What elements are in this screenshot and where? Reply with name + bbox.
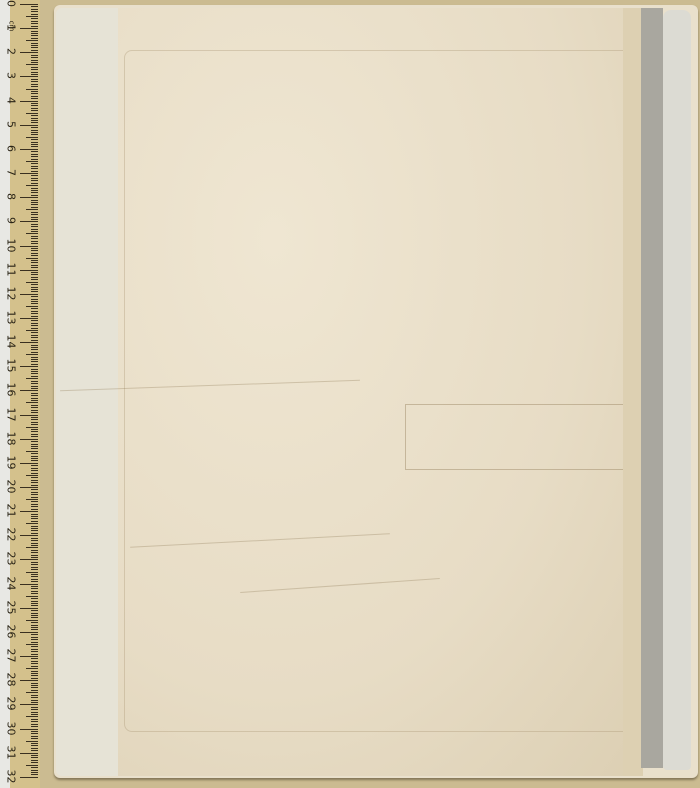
ruler-tick — [31, 649, 38, 650]
ruler-tick — [31, 195, 38, 196]
ruler-tick — [31, 593, 38, 594]
ruler-tick — [31, 320, 38, 321]
ruler-tick — [31, 171, 38, 172]
ruler-tick — [31, 105, 38, 106]
ruler-tick — [31, 480, 38, 481]
ruler-tick — [31, 299, 38, 300]
ruler-tick — [31, 398, 38, 399]
ruler-tick — [20, 511, 38, 512]
ruler-tick — [31, 79, 38, 80]
ruler-number: 6 — [5, 141, 18, 155]
ruler-tick — [31, 634, 38, 635]
ruler-tick — [31, 492, 38, 493]
ruler-tick — [20, 4, 38, 5]
ruler-tick — [31, 6, 38, 7]
ruler-tick — [31, 453, 38, 454]
ruler-tick — [31, 214, 38, 215]
ruler-tick — [26, 547, 38, 548]
ruler-number: 8 — [5, 190, 18, 204]
ruler-tick — [31, 557, 38, 558]
ruler-tick — [31, 724, 38, 725]
ruler-tick — [31, 241, 38, 242]
ruler-tick — [31, 646, 38, 647]
ruler-tick — [31, 183, 38, 184]
ruler-tick — [20, 294, 38, 295]
ruler-tick — [31, 383, 38, 384]
ruler-tick — [31, 18, 38, 19]
ruler-tick — [31, 67, 38, 68]
ruler-tick — [26, 668, 38, 669]
ruler-tick — [31, 55, 38, 56]
ruler-tick — [31, 494, 38, 495]
ruler-tick — [31, 617, 38, 618]
ruler-tick — [31, 714, 38, 715]
ruler-tick — [31, 272, 38, 273]
ruler-tick — [31, 518, 38, 519]
ruler-tick — [31, 115, 38, 116]
ruler-tick — [31, 456, 38, 457]
ruler-tick — [31, 255, 38, 256]
ruler-tick — [26, 378, 38, 379]
ruler-tick — [31, 127, 38, 128]
ruler-tick — [31, 422, 38, 423]
ruler-number: 23 — [5, 552, 18, 566]
ruler-tick — [26, 161, 38, 162]
ruler-tick — [31, 84, 38, 85]
ruler-tick — [31, 287, 38, 288]
ruler-tick — [20, 584, 38, 585]
ruler-tick — [31, 700, 38, 701]
ruler-tick — [31, 642, 38, 643]
ruler-tick — [31, 132, 38, 133]
ruler-tick — [31, 736, 38, 737]
ruler-tick — [31, 748, 38, 749]
ruler-tick — [31, 180, 38, 181]
ruler-tick — [31, 93, 38, 94]
ruler-tick — [31, 175, 38, 176]
ruler-tick — [31, 533, 38, 534]
ruler-tick — [31, 564, 38, 565]
ruler-tick — [31, 33, 38, 34]
ruler-tick — [31, 159, 38, 160]
ruler-tick — [31, 386, 38, 387]
ruler-number: 0 — [5, 0, 18, 11]
ruler-tick — [31, 610, 38, 611]
ruler-tick — [31, 144, 38, 145]
ruler-tick — [31, 388, 38, 389]
ruler-tick — [31, 21, 38, 22]
ruler-tick — [31, 613, 38, 614]
ruler-tick — [20, 197, 38, 198]
ruler-tick — [31, 376, 38, 377]
ruler-tick — [31, 526, 38, 527]
ruler-tick — [20, 149, 38, 150]
ruler-tick — [31, 521, 38, 522]
ruler-tick — [31, 465, 38, 466]
ruler-number: 25 — [5, 600, 18, 614]
ruler-tick — [31, 504, 38, 505]
ruler-tick — [31, 168, 38, 169]
ruler-tick — [31, 212, 38, 213]
ruler-tick — [31, 750, 38, 751]
ruler-tick — [31, 615, 38, 616]
ruler-tick — [20, 366, 38, 367]
ruler-tick — [26, 354, 38, 355]
ruler-tick — [31, 629, 38, 630]
ruler-number: 20 — [5, 480, 18, 494]
ruler-tick — [31, 770, 38, 771]
ruler-tick — [31, 352, 38, 353]
ruler-tick — [31, 151, 38, 152]
ruler-tick — [31, 23, 38, 24]
ruler-tick — [20, 559, 38, 560]
ruler-tick — [31, 361, 38, 362]
ruler-tick — [20, 729, 38, 730]
ruler-tick — [31, 250, 38, 251]
ruler-tick — [31, 733, 38, 734]
ruler-tick — [31, 243, 38, 244]
ruler-tick — [31, 311, 38, 312]
ruler-tick — [31, 345, 38, 346]
ruler-tick — [31, 253, 38, 254]
ruler-number: 26 — [5, 624, 18, 638]
ruler-number: 15 — [5, 359, 18, 373]
ruler-tick — [31, 501, 38, 502]
ruler-tick — [26, 692, 38, 693]
ruler-tick — [20, 487, 38, 488]
ruler-tick — [31, 393, 38, 394]
ruler-tick — [31, 110, 38, 111]
ruler-tick — [31, 154, 38, 155]
ruler-tick — [31, 625, 38, 626]
ruler-tick — [31, 772, 38, 773]
ruler-tick — [31, 47, 38, 48]
ruler-tick — [26, 282, 38, 283]
ruler-tick — [31, 323, 38, 324]
ruler-tick — [31, 586, 38, 587]
ruler-tick — [20, 656, 38, 657]
ruler-tick — [31, 605, 38, 606]
ruler-tick — [31, 120, 38, 121]
ruler-tick — [31, 291, 38, 292]
ruler-tick — [31, 296, 38, 297]
ruler-tick — [31, 658, 38, 659]
ruler-tick — [31, 678, 38, 679]
left-mount-strip — [56, 8, 118, 776]
ruler-tick — [31, 497, 38, 498]
ruler-tick — [26, 596, 38, 597]
ruler-number: 5 — [5, 117, 18, 131]
ruler-number: 7 — [5, 166, 18, 180]
ruler-tick — [31, 91, 38, 92]
ruler-tick — [31, 69, 38, 70]
ruler-tick — [31, 265, 38, 266]
ruler-tick — [31, 267, 38, 268]
ruler-tick — [31, 709, 38, 710]
ruler-tick — [31, 373, 38, 374]
ruler-tick — [31, 277, 38, 278]
ruler-number: 18 — [5, 431, 18, 445]
ruler-tick — [26, 16, 38, 17]
ruler-tick — [20, 318, 38, 319]
ruler-tick — [31, 325, 38, 326]
ruler-number: 31 — [5, 745, 18, 759]
ruler-tick — [31, 441, 38, 442]
ruler-tick — [31, 347, 38, 348]
ruler-tick — [31, 661, 38, 662]
ruler-tick — [31, 224, 38, 225]
ruler-tick — [31, 14, 38, 15]
ruler-number: 10 — [5, 238, 18, 252]
ruler-tick — [31, 627, 38, 628]
ruler-tick — [26, 765, 38, 766]
ruler-tick — [31, 289, 38, 290]
ruler-tick — [31, 60, 38, 61]
ruler-tick — [31, 62, 38, 63]
ruler-tick — [31, 509, 38, 510]
ruler-tick — [20, 101, 38, 102]
ruler-tick — [31, 204, 38, 205]
ruler-number: 24 — [5, 576, 18, 590]
ruler-tick — [31, 219, 38, 220]
ruler-tick — [31, 687, 38, 688]
ruler-number: 28 — [5, 673, 18, 687]
ruler-tick — [31, 134, 38, 135]
ruler-tick — [26, 89, 38, 90]
ruler-tick — [31, 506, 38, 507]
ruler-tick — [31, 514, 38, 515]
ruler-tick — [31, 654, 38, 655]
ruler-tick — [31, 743, 38, 744]
ruler-tick — [31, 200, 38, 201]
ruler-tick — [31, 400, 38, 401]
ruler-tick — [20, 632, 38, 633]
ruler-tick — [31, 108, 38, 109]
ruler-number: 16 — [5, 383, 18, 397]
ruler-tick — [31, 460, 38, 461]
ruler-tick — [31, 666, 38, 667]
ruler-tick — [31, 731, 38, 732]
ruler-tick — [26, 620, 38, 621]
ruler-tick — [31, 738, 38, 739]
ruler-tick — [20, 777, 38, 778]
ruler-tick — [31, 603, 38, 604]
ruler-tick — [31, 405, 38, 406]
ruler-tick — [31, 774, 38, 775]
ruler-tick — [31, 72, 38, 73]
ruler-number: 4 — [5, 93, 18, 107]
ruler-tick — [20, 246, 38, 247]
ruler-tick — [31, 301, 38, 302]
ruler-tick — [31, 130, 38, 131]
ruler-tick — [31, 473, 38, 474]
ruler-tick — [31, 410, 38, 411]
ruler-tick — [31, 719, 38, 720]
ruler-tick — [31, 685, 38, 686]
ruler-number: 21 — [5, 504, 18, 518]
ruler-tick — [31, 545, 38, 546]
ruler-tick — [31, 248, 38, 249]
ruler-tick — [31, 357, 38, 358]
ruler-tick — [20, 390, 38, 391]
ruler-tick — [31, 543, 38, 544]
ruler-tick — [31, 86, 38, 87]
ruler-tick — [20, 608, 38, 609]
ruler-tick — [31, 569, 38, 570]
ruler-tick — [31, 146, 38, 147]
ruler-tick — [31, 274, 38, 275]
ruler-tick — [20, 173, 38, 174]
ruler-tick — [31, 303, 38, 304]
ruler-tick — [31, 166, 38, 167]
ruler-tick — [31, 745, 38, 746]
ruler-tick — [31, 538, 38, 539]
ruler-tick — [20, 76, 38, 77]
ruler-tick — [31, 663, 38, 664]
ruler-number: 29 — [5, 697, 18, 711]
ruler-tick — [31, 574, 38, 575]
ruler-tick — [26, 113, 38, 114]
ruler-tick — [26, 137, 38, 138]
ruler-tick — [31, 458, 38, 459]
ruler-number: 27 — [5, 649, 18, 663]
ruler-tick — [26, 716, 38, 717]
ruler-tick — [26, 209, 38, 210]
right-light-strip — [663, 10, 691, 770]
ruler-tick — [31, 260, 38, 261]
ruler-tick — [31, 562, 38, 563]
ruler-tick — [31, 567, 38, 568]
ruler-number: 11 — [5, 262, 18, 276]
ruler-number: 9 — [5, 214, 18, 228]
ruler-tick — [31, 231, 38, 232]
ruler-tick — [31, 156, 38, 157]
ruler-tick — [31, 477, 38, 478]
ruler-tick — [31, 340, 38, 341]
ruler-tick — [31, 98, 38, 99]
ruler-tick — [31, 673, 38, 674]
ruler-tick — [31, 190, 38, 191]
ruler-tick — [20, 535, 38, 536]
ruler-tick — [31, 9, 38, 10]
ruler-tick — [26, 475, 38, 476]
ruler-tick — [26, 64, 38, 65]
ruler-tick — [31, 639, 38, 640]
ruler-tick — [31, 707, 38, 708]
ruler-tick — [31, 142, 38, 143]
ruler-number: 2 — [5, 45, 18, 59]
ruler-tick — [26, 741, 38, 742]
ruler-tick — [31, 163, 38, 164]
ruler-tick — [20, 463, 38, 464]
ruler-tick — [31, 550, 38, 551]
ruler-tick — [31, 57, 38, 58]
ruler-tick — [31, 419, 38, 420]
ruler-number: 19 — [5, 455, 18, 469]
ruler-tick — [31, 284, 38, 285]
ruler-tick — [31, 337, 38, 338]
ruler-number: 32 — [5, 769, 18, 783]
ruler-tick — [31, 103, 38, 104]
ruler-tick — [26, 523, 38, 524]
ruler-tick — [26, 402, 38, 403]
ruler-tick — [31, 671, 38, 672]
ruler-tick — [20, 439, 38, 440]
plate-mark — [124, 50, 638, 732]
ruler-tick — [31, 308, 38, 309]
ruler-tick — [20, 415, 38, 416]
ruler-tick — [31, 371, 38, 372]
ruler-tick — [31, 690, 38, 691]
ruler-tick — [31, 516, 38, 517]
ruler-tick — [26, 644, 38, 645]
ruler-tick — [31, 762, 38, 763]
ruler-tick — [31, 588, 38, 589]
ruler-tick — [31, 767, 38, 768]
ruler-tick — [26, 40, 38, 41]
ruler-tick — [26, 306, 38, 307]
ruler-tick — [31, 530, 38, 531]
ruler-tick — [31, 695, 38, 696]
measuring-ruler: cm 0123456789101112131415161718192021222… — [0, 0, 41, 788]
ruler-tick — [31, 207, 38, 208]
ruler-tick — [31, 45, 38, 46]
ruler-tick — [31, 702, 38, 703]
ruler-tick — [31, 217, 38, 218]
ruler-tick — [31, 38, 38, 39]
ruler-tick — [20, 125, 38, 126]
ruler-tick — [31, 417, 38, 418]
ruler-tick — [31, 755, 38, 756]
ruler-tick — [31, 226, 38, 227]
ruler-tick — [31, 528, 38, 529]
ruler-tick — [31, 424, 38, 425]
ruler-tick — [31, 576, 38, 577]
ruler-tick — [31, 316, 38, 317]
ruler-tick — [31, 721, 38, 722]
ruler-tick — [31, 332, 38, 333]
ruler-tick — [31, 581, 38, 582]
ruler-tick — [31, 407, 38, 408]
ruler-number: 22 — [5, 528, 18, 542]
ruler-tick — [31, 359, 38, 360]
ruler-tick — [31, 236, 38, 237]
ruler-tick — [31, 369, 38, 370]
ruler-tick — [31, 485, 38, 486]
ruler-tick — [31, 412, 38, 413]
ruler-tick — [20, 704, 38, 705]
ruler-tick — [31, 81, 38, 82]
ruler-tick — [31, 637, 38, 638]
right-beige-strip — [623, 8, 643, 776]
ruler-tick — [31, 482, 38, 483]
impressed-rectangle — [405, 404, 639, 470]
ruler-tick — [31, 622, 38, 623]
ruler-tick — [31, 26, 38, 27]
ruler-number: 17 — [5, 407, 18, 421]
ruler-tick — [31, 760, 38, 761]
ruler-tick — [31, 349, 38, 350]
ruler-tick — [31, 335, 38, 336]
right-gray-strip — [641, 8, 663, 768]
ruler-tick — [31, 178, 38, 179]
ruler-tick — [31, 279, 38, 280]
ruler-tick — [31, 35, 38, 36]
ruler-tick — [31, 436, 38, 437]
ruler-tick — [31, 446, 38, 447]
ruler-tick — [20, 753, 38, 754]
ruler-tick — [31, 651, 38, 652]
